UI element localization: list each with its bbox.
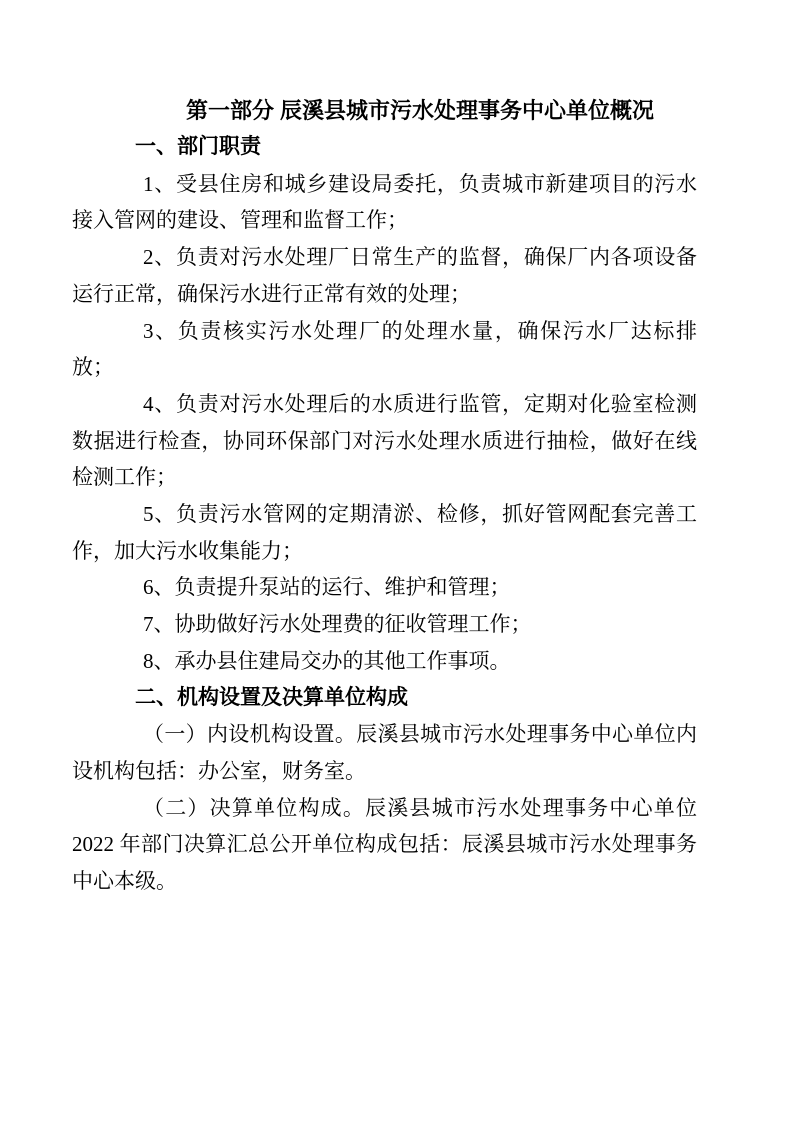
organization-item-1: （一）内设机构设置。辰溪县城市污水处理事务中心单位内设机构包括：办公室，财务室。	[72, 716, 697, 789]
organization-item-2: （二）决算单位构成。辰溪县城市污水处理事务中心单位 2022 年部门决算汇总公开…	[72, 790, 697, 900]
duty-item-7: 7、协助做好污水处理费的征收管理工作；	[72, 606, 697, 643]
document-content: 第一部分 辰溪县城市污水处理事务中心单位概况 一、部门职责 1、受县住房和城乡建…	[72, 92, 697, 900]
section-duties-heading: 一、部门职责	[72, 129, 697, 166]
duty-item-4: 4、负责对污水处理后的水质进行监管，定期对化验室检测数据进行检查，协同环保部门对…	[72, 386, 697, 496]
duty-item-5: 5、负责污水管网的定期清淤、检修，抓好管网配套完善工作，加大污水收集能力；	[72, 496, 697, 569]
duty-item-8: 8、承办县住建局交办的其他工作事项。	[72, 643, 697, 680]
duty-item-2: 2、负责对污水处理厂日常生产的监督，确保厂内各项设备运行正常，确保污水进行正常有…	[72, 239, 697, 312]
document-page: 第一部分 辰溪县城市污水处理事务中心单位概况 一、部门职责 1、受县住房和城乡建…	[0, 0, 793, 1122]
document-title: 第一部分 辰溪县城市污水处理事务中心单位概况	[72, 92, 697, 129]
duty-item-3: 3、负责核实污水处理厂的处理水量，确保污水厂达标排放；	[72, 313, 697, 386]
section-organization-heading: 二、机构设置及决算单位构成	[72, 680, 697, 717]
duty-item-6: 6、负责提升泵站的运行、维护和管理；	[72, 569, 697, 606]
duty-item-1: 1、受县住房和城乡建设局委托，负责城市新建项目的污水接入管网的建设、管理和监督工…	[72, 166, 697, 239]
